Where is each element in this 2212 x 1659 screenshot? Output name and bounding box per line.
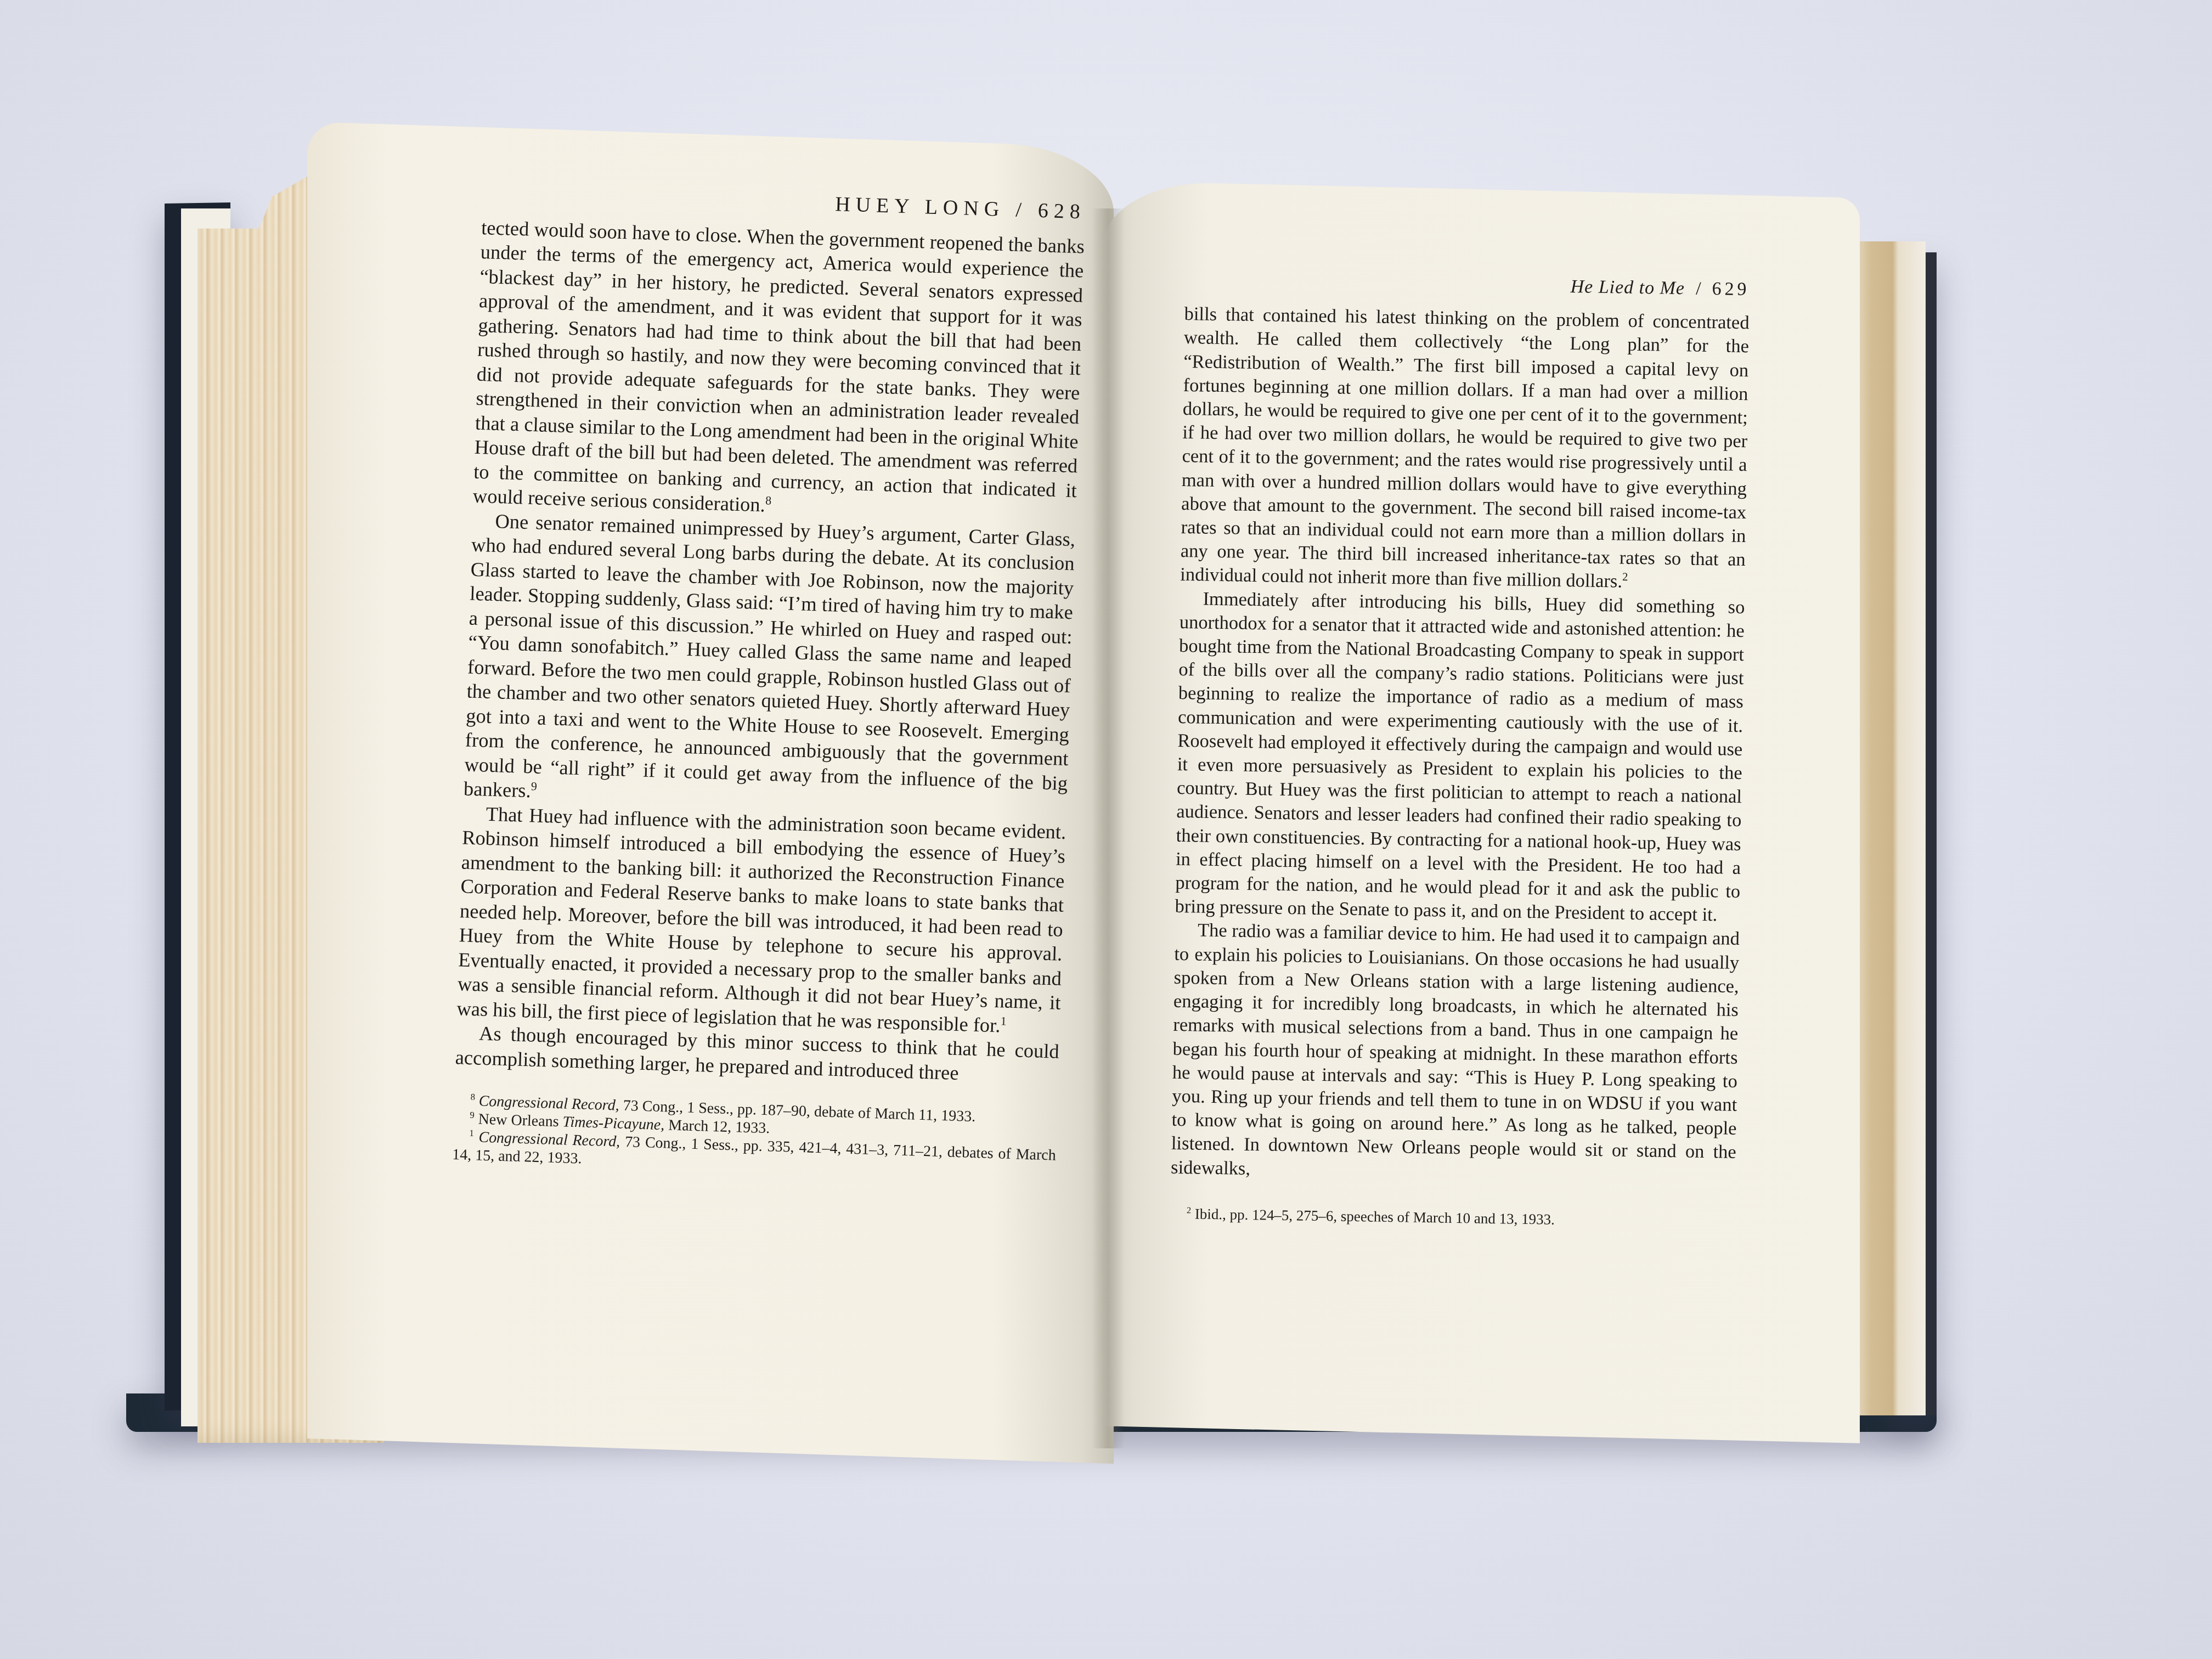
page-number: 628 <box>1037 199 1086 224</box>
paragraph-text: That Huey had influence with the adminis… <box>456 802 1066 1036</box>
paragraph-text: The radio was a familiar device to him. … <box>1171 920 1740 1179</box>
footnote-mark: 9 <box>470 1110 475 1120</box>
footnote-ref: 2 <box>1622 572 1628 584</box>
page-number: 629 <box>1712 279 1750 300</box>
footnote-text: New Orleans <box>478 1111 563 1131</box>
running-head-title: He Lied to Me <box>1570 276 1685 298</box>
running-head-separator: / <box>1696 279 1701 299</box>
paragraph: Immediately after introducing his bills,… <box>1175 587 1745 928</box>
paragraph: tected would soon have to close. When th… <box>472 215 1085 527</box>
paragraph: bills that contained his latest thinking… <box>1180 302 1750 596</box>
left-page-text: HUEY LONG/628 tected would soon have to … <box>452 181 1086 1183</box>
right-page-text: He Lied to Me/629 bills that contained h… <box>1170 269 1750 1231</box>
running-head-title: HUEY LONG <box>835 193 1005 221</box>
footnote-ref: 1 <box>1000 1014 1007 1028</box>
book-gutter <box>1092 208 1125 1448</box>
running-head-separator: / <box>1015 199 1028 222</box>
footnote-ref: 9 <box>531 779 538 793</box>
photo-scene: HUEY LONG/628 tected would soon have to … <box>0 0 2212 1659</box>
paragraph: The radio was a familiar device to him. … <box>1171 918 1740 1188</box>
footnote-ref: 8 <box>765 493 772 507</box>
footnote-source: Times-Picayune, <box>562 1113 665 1133</box>
paragraph: One senator remained unimpressed by Huey… <box>463 508 1075 820</box>
footnote-text: March 12, 1933. <box>664 1116 770 1137</box>
footnote-mark: 1 <box>469 1128 474 1138</box>
footnote-mark: 2 <box>1187 1205 1191 1215</box>
paragraph-text: tected would soon have to close. When th… <box>472 216 1085 516</box>
paragraph: That Huey had influence with the adminis… <box>456 801 1066 1040</box>
paragraph-text: Immediately after introducing his bills,… <box>1175 588 1745 925</box>
paragraph-text: bills that contained his latest thinking… <box>1180 303 1750 592</box>
footnote-mark: 8 <box>470 1092 475 1102</box>
paragraph-text: One senator remained unimpressed by Huey… <box>464 510 1076 802</box>
